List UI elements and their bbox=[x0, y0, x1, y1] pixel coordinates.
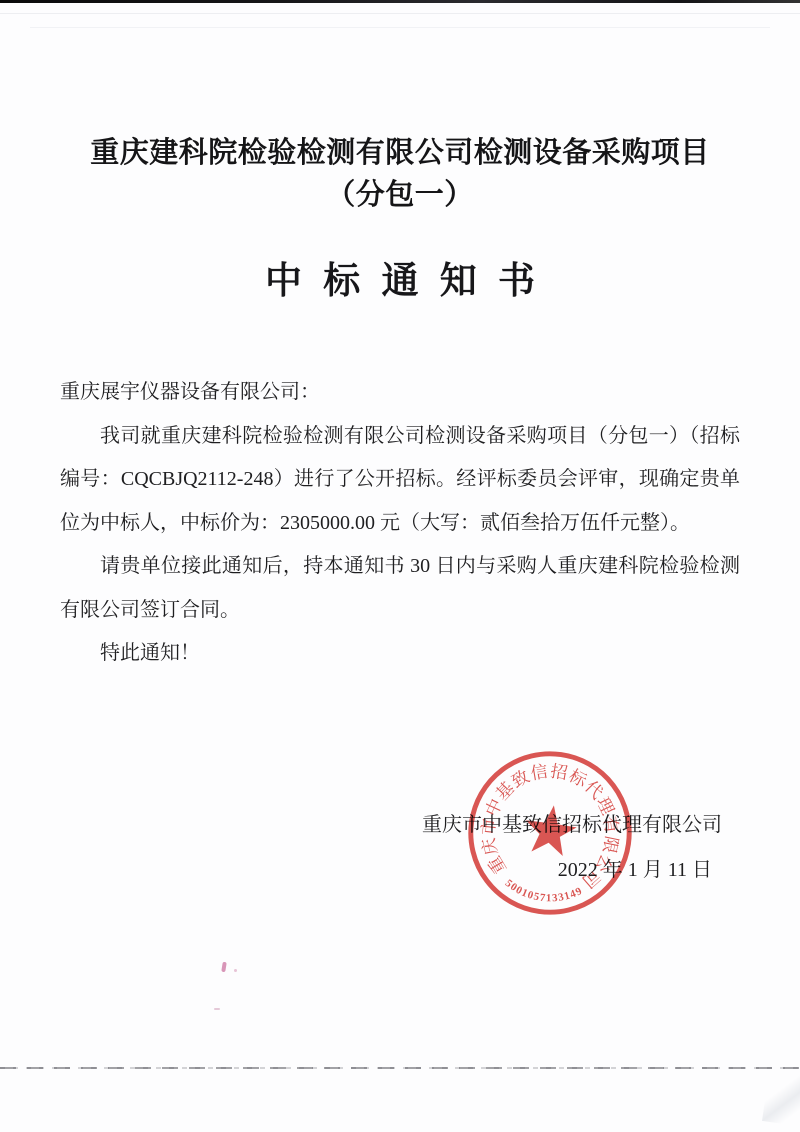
project-title-line1: 重庆建科院检验检测有限公司检测设备采购项目 bbox=[0, 132, 800, 174]
scan-artifact-line bbox=[30, 27, 770, 28]
body-paragraph-2: 请贵单位接此通知后，持本通知书 30 日内与采购人重庆建科院检验检测有限公司签订… bbox=[60, 545, 740, 632]
scanned-document-page: 重庆建科院检验检测有限公司检测设备采购项目 （分包一） 中 标 通 知 书 重庆… bbox=[0, 0, 800, 1132]
body-paragraph-3: 特此通知！ bbox=[60, 632, 740, 676]
body-paragraph-1: 我司就重庆建科院检验检测有限公司检测设备采购项目（分包一）（招标编号：CQCBJ… bbox=[60, 415, 740, 546]
document-heading: 中 标 通 知 书 bbox=[0, 250, 800, 304]
seal-star-icon bbox=[522, 802, 580, 858]
scan-artifact-top-edge bbox=[0, 0, 800, 3]
company-seal-stamp: 重庆市中基致信招标代理有限公司 5001057133149 bbox=[448, 731, 651, 934]
addressee-line: 重庆展宇仪器设备有限公司： bbox=[60, 371, 740, 415]
scan-artifact-speck bbox=[234, 969, 237, 972]
project-title-line2: （分包一） bbox=[0, 174, 800, 216]
scan-artifact-line bbox=[0, 13, 800, 14]
scan-artifact-corner-streak bbox=[762, 1062, 800, 1127]
project-title: 重庆建科院检验检测有限公司检测设备采购项目 （分包一） bbox=[0, 132, 800, 216]
scan-artifact-speck bbox=[221, 962, 227, 973]
scan-artifact-bottom-edge bbox=[0, 1067, 800, 1069]
document-body: 重庆展宇仪器设备有限公司： 我司就重庆建科院检验检测有限公司检测设备采购项目（分… bbox=[60, 371, 740, 676]
scan-artifact-speck bbox=[214, 1008, 220, 1010]
